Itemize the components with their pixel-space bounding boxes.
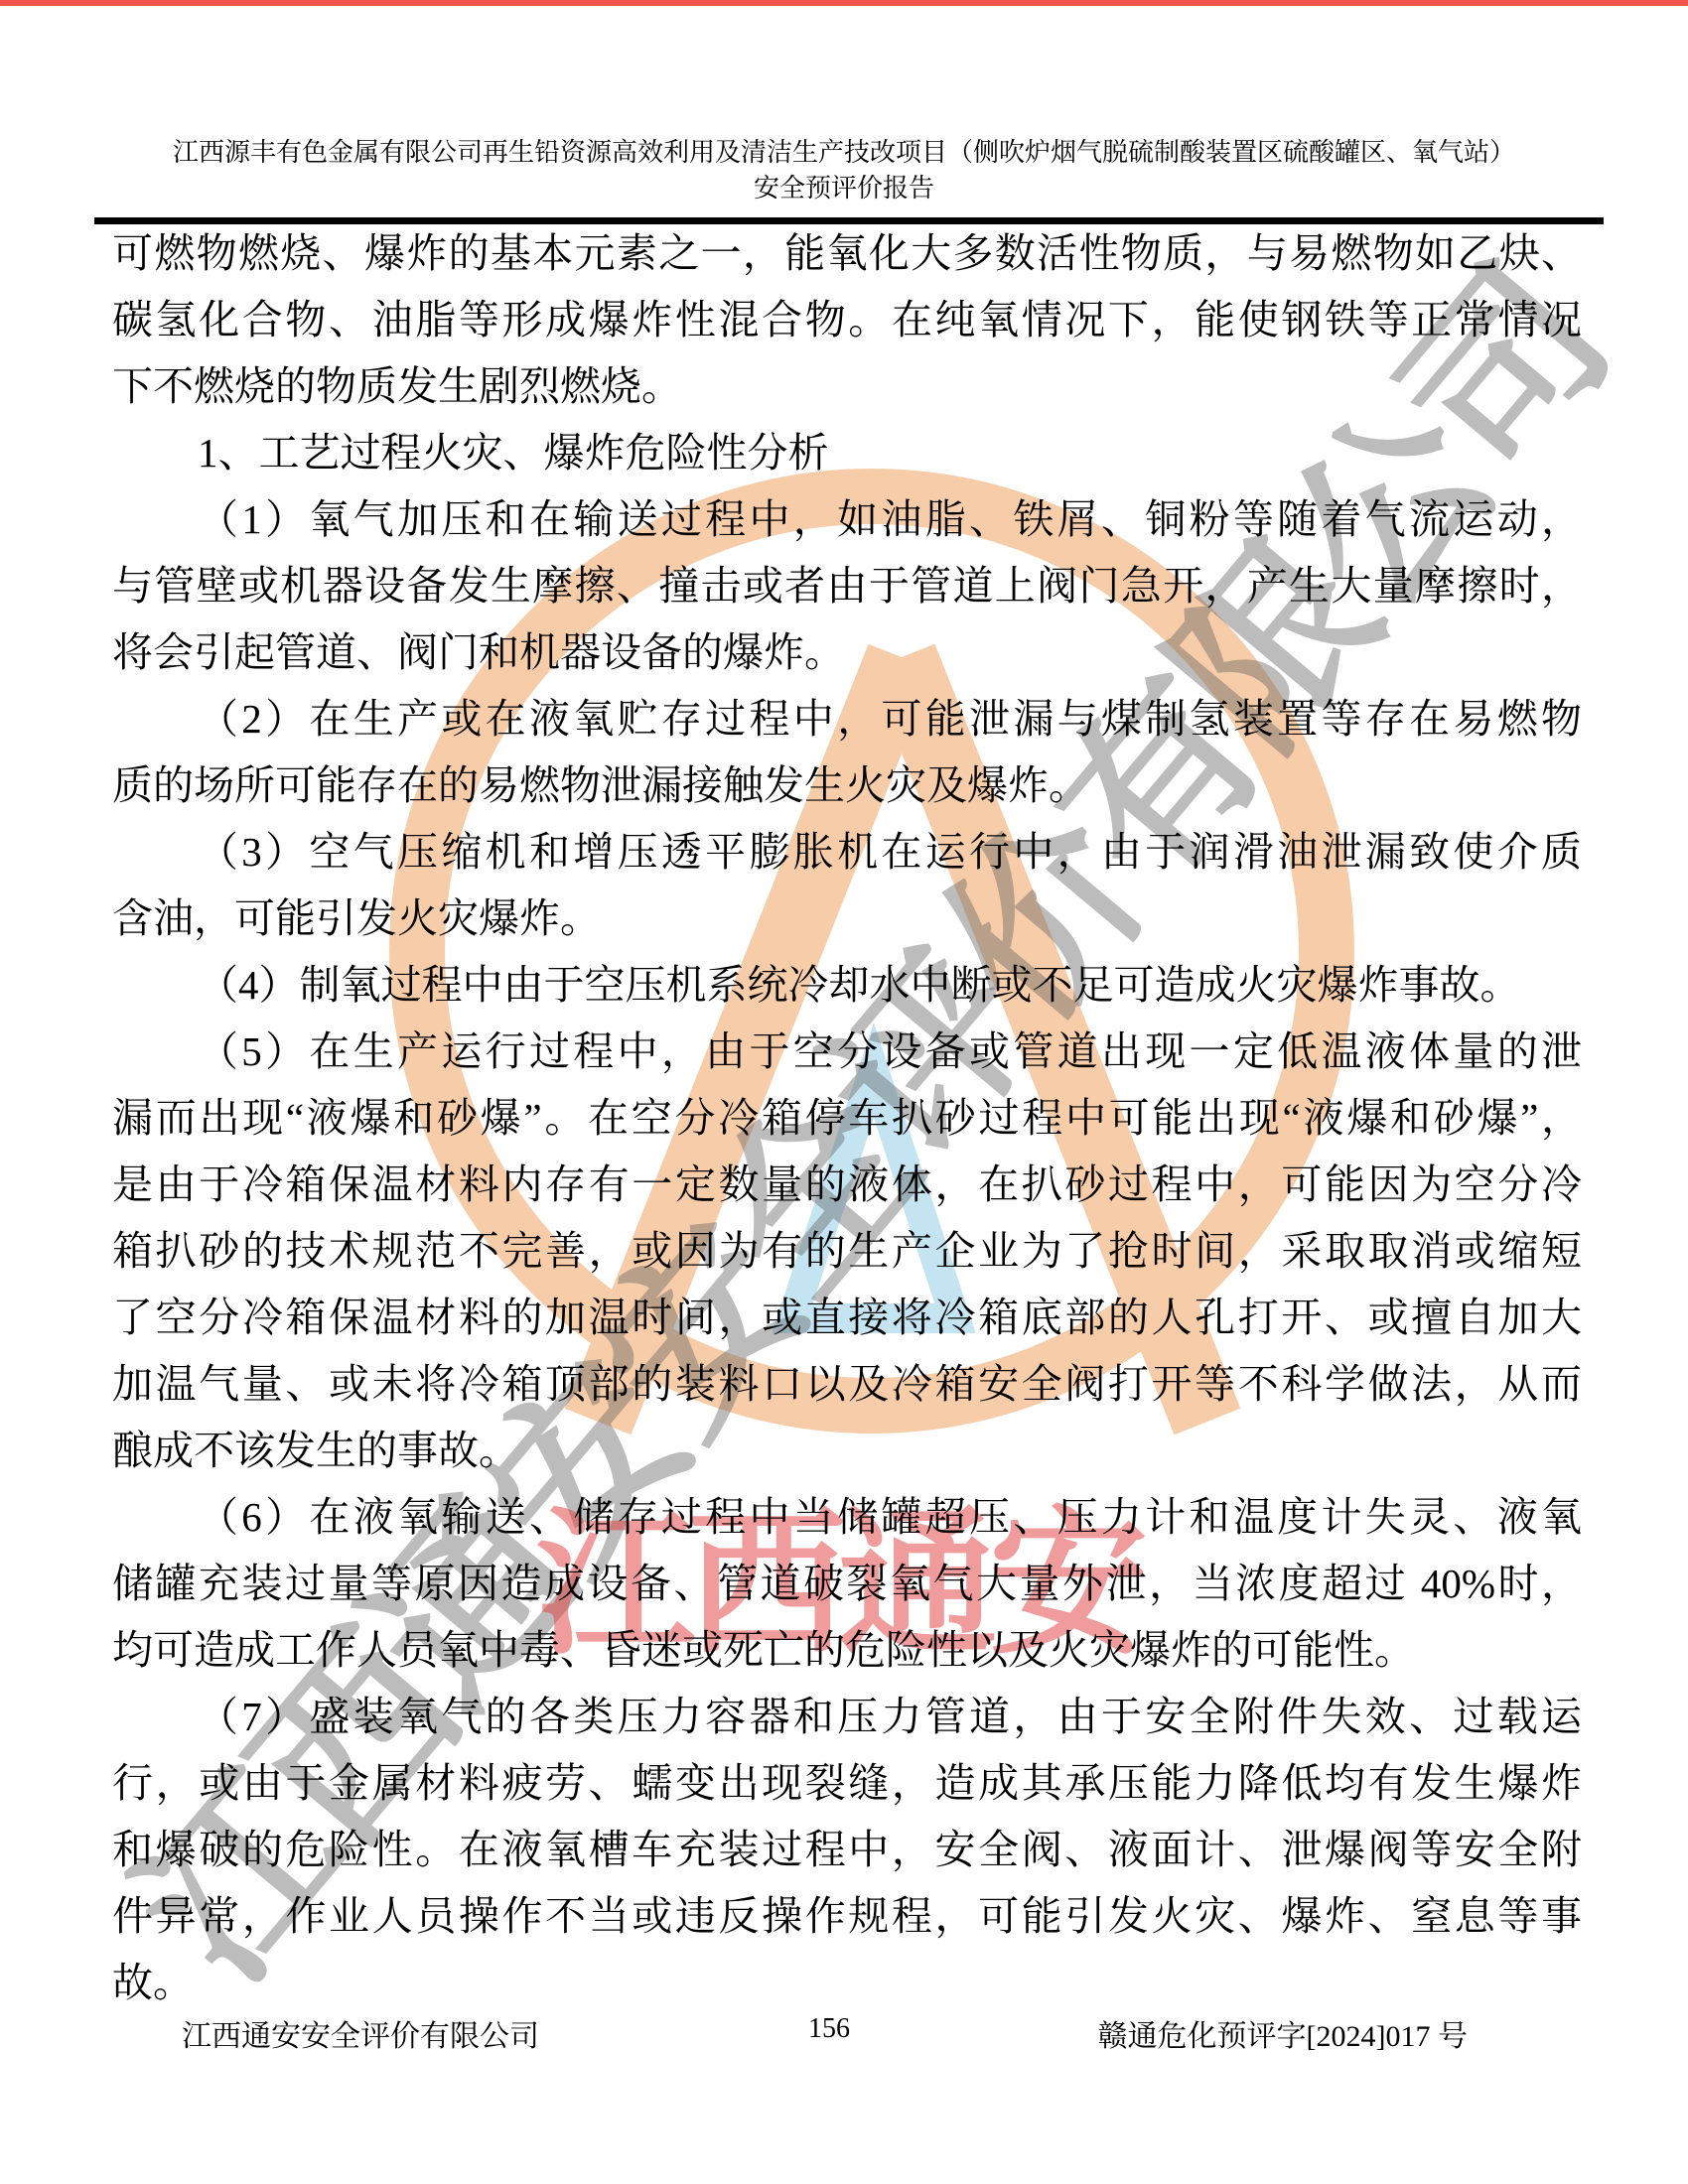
body-line: 均可造成工作人员氧中毒、昏迷或死亡的危险性以及火灾爆炸的可能性。 <box>112 1617 1582 1684</box>
body-line: （1）氧气加压和在输送过程中，如油脂、铁屑、铜粉等随着气流运动， <box>112 486 1582 553</box>
body-line: 质的场所可能存在的易燃物泄漏接触发生火灾及爆炸。 <box>112 752 1582 819</box>
footer-page-number: 156 <box>784 2013 874 2045</box>
body-line: 了空分冷箱保温材料的加温时间，或直接将冷箱底部的人孔打开、或擅自加大 <box>112 1285 1582 1351</box>
body-line: （2）在生产或在液氧贮存过程中，可能泄漏与煤制氢装置等存在易燃物 <box>112 686 1582 752</box>
body-line: 1、工艺过程火灾、爆炸危险性分析 <box>112 420 1582 486</box>
body-line: 与管壁或机器设备发生摩擦、撞击或者由于管道上阀门急开，产生大量摩擦时， <box>112 553 1582 619</box>
body-line: 可燃物燃烧、爆炸的基本元素之一，能氧化大多数活性物质，与易燃物如乙炔、 <box>112 220 1582 287</box>
body-line: （4）制氧过程中由于空压机系统冷却水中断或不足可造成火灾爆炸事故。 <box>112 952 1582 1019</box>
body-line: 是由于冷箱保温材料内存有一定数量的液体，在扒砂过程中，可能因为空分冷 <box>112 1152 1582 1218</box>
body-line: 箱扒砂的技术规范不完善，或因为有的生产企业为了抢时间，采取取消或缩短 <box>112 1218 1582 1285</box>
body-line: 和爆破的危险性。在液氧槽车充装过程中，安全阀、液面计、泄爆阀等安全附 <box>112 1817 1582 1883</box>
body-line: 将会引起管道、阀门和机器设备的爆炸。 <box>112 619 1582 686</box>
page-header: 江西源丰有色金属有限公司再生铅资源高效利用及清洁生产技改项目（侧吹炉烟气脱硫制酸… <box>109 135 1579 206</box>
footer-company: 江西通安安全评价有限公司 <box>182 2011 539 2055</box>
footer-doc-number: 赣通危化预评字[2024]017 号 <box>1098 2011 1468 2055</box>
body-line: 故。 <box>112 1950 1582 2016</box>
page-top-edge-line <box>0 0 1688 6</box>
header-title-line1: 江西源丰有色金属有限公司再生铅资源高效利用及清洁生产技改项目（侧吹炉烟气脱硫制酸… <box>109 135 1579 171</box>
body-line: 加温气量、或未将冷箱顶部的装料口以及冷箱安全阀打开等不科学做法，从而 <box>112 1351 1582 1418</box>
page-footer: 江西通安安全评价有限公司 156 赣通危化预评字[2024]017 号 <box>0 2011 1688 2055</box>
body-line: 碳氢化合物、油脂等形成爆炸性混合物。在纯氧情况下，能使钢铁等正常情况 <box>112 287 1582 353</box>
body-line: 漏而出现“液爆和砂爆”。在空分冷箱停车扒砂过程中可能出现“液爆和砂爆”， <box>112 1085 1582 1152</box>
body-line: 储罐充装过量等原因造成设备、管道破裂氧气大量外泄，当浓度超过 40%时， <box>112 1551 1582 1617</box>
body-line: （7）盛装氧气的各类压力容器和压力管道，由于安全附件失效、过载运 <box>112 1684 1582 1750</box>
header-title-line2: 安全预评价报告 <box>109 171 1579 206</box>
body-line: （5）在生产运行过程中，由于空分设备或管道出现一定低温液体量的泄 <box>112 1019 1582 1085</box>
body-line: 酿成不该发生的事故。 <box>112 1418 1582 1484</box>
body-line: 含油，可能引发火灾爆炸。 <box>112 886 1582 952</box>
body-line: （3）空气压缩机和增压透平膨胀机在运行中，由于润滑油泄漏致使介质 <box>112 819 1582 886</box>
body-line: 行，或由于金属材料疲劳、蠕变出现裂缝，造成其承压能力降低均有发生爆炸 <box>112 1750 1582 1817</box>
body-text: 可燃物燃烧、爆炸的基本元素之一，能氧化大多数活性物质，与易燃物如乙炔、碳氢化合物… <box>112 220 1582 2016</box>
body-line: （6）在液氧输送、储存过程中当储罐超压、压力计和温度计失灵、液氧 <box>112 1484 1582 1551</box>
body-line: 件异常，作业人员操作不当或违反操作规程，可能引发火灾、爆炸、窒息等事 <box>112 1883 1582 1950</box>
document-page: 江西通安安全评价有限公司 江西通安 江西源丰有色金属有限公司再生铅资源高效利用及… <box>0 0 1688 2184</box>
body-line: 下不燃烧的物质发生剧烈燃烧。 <box>112 353 1582 420</box>
